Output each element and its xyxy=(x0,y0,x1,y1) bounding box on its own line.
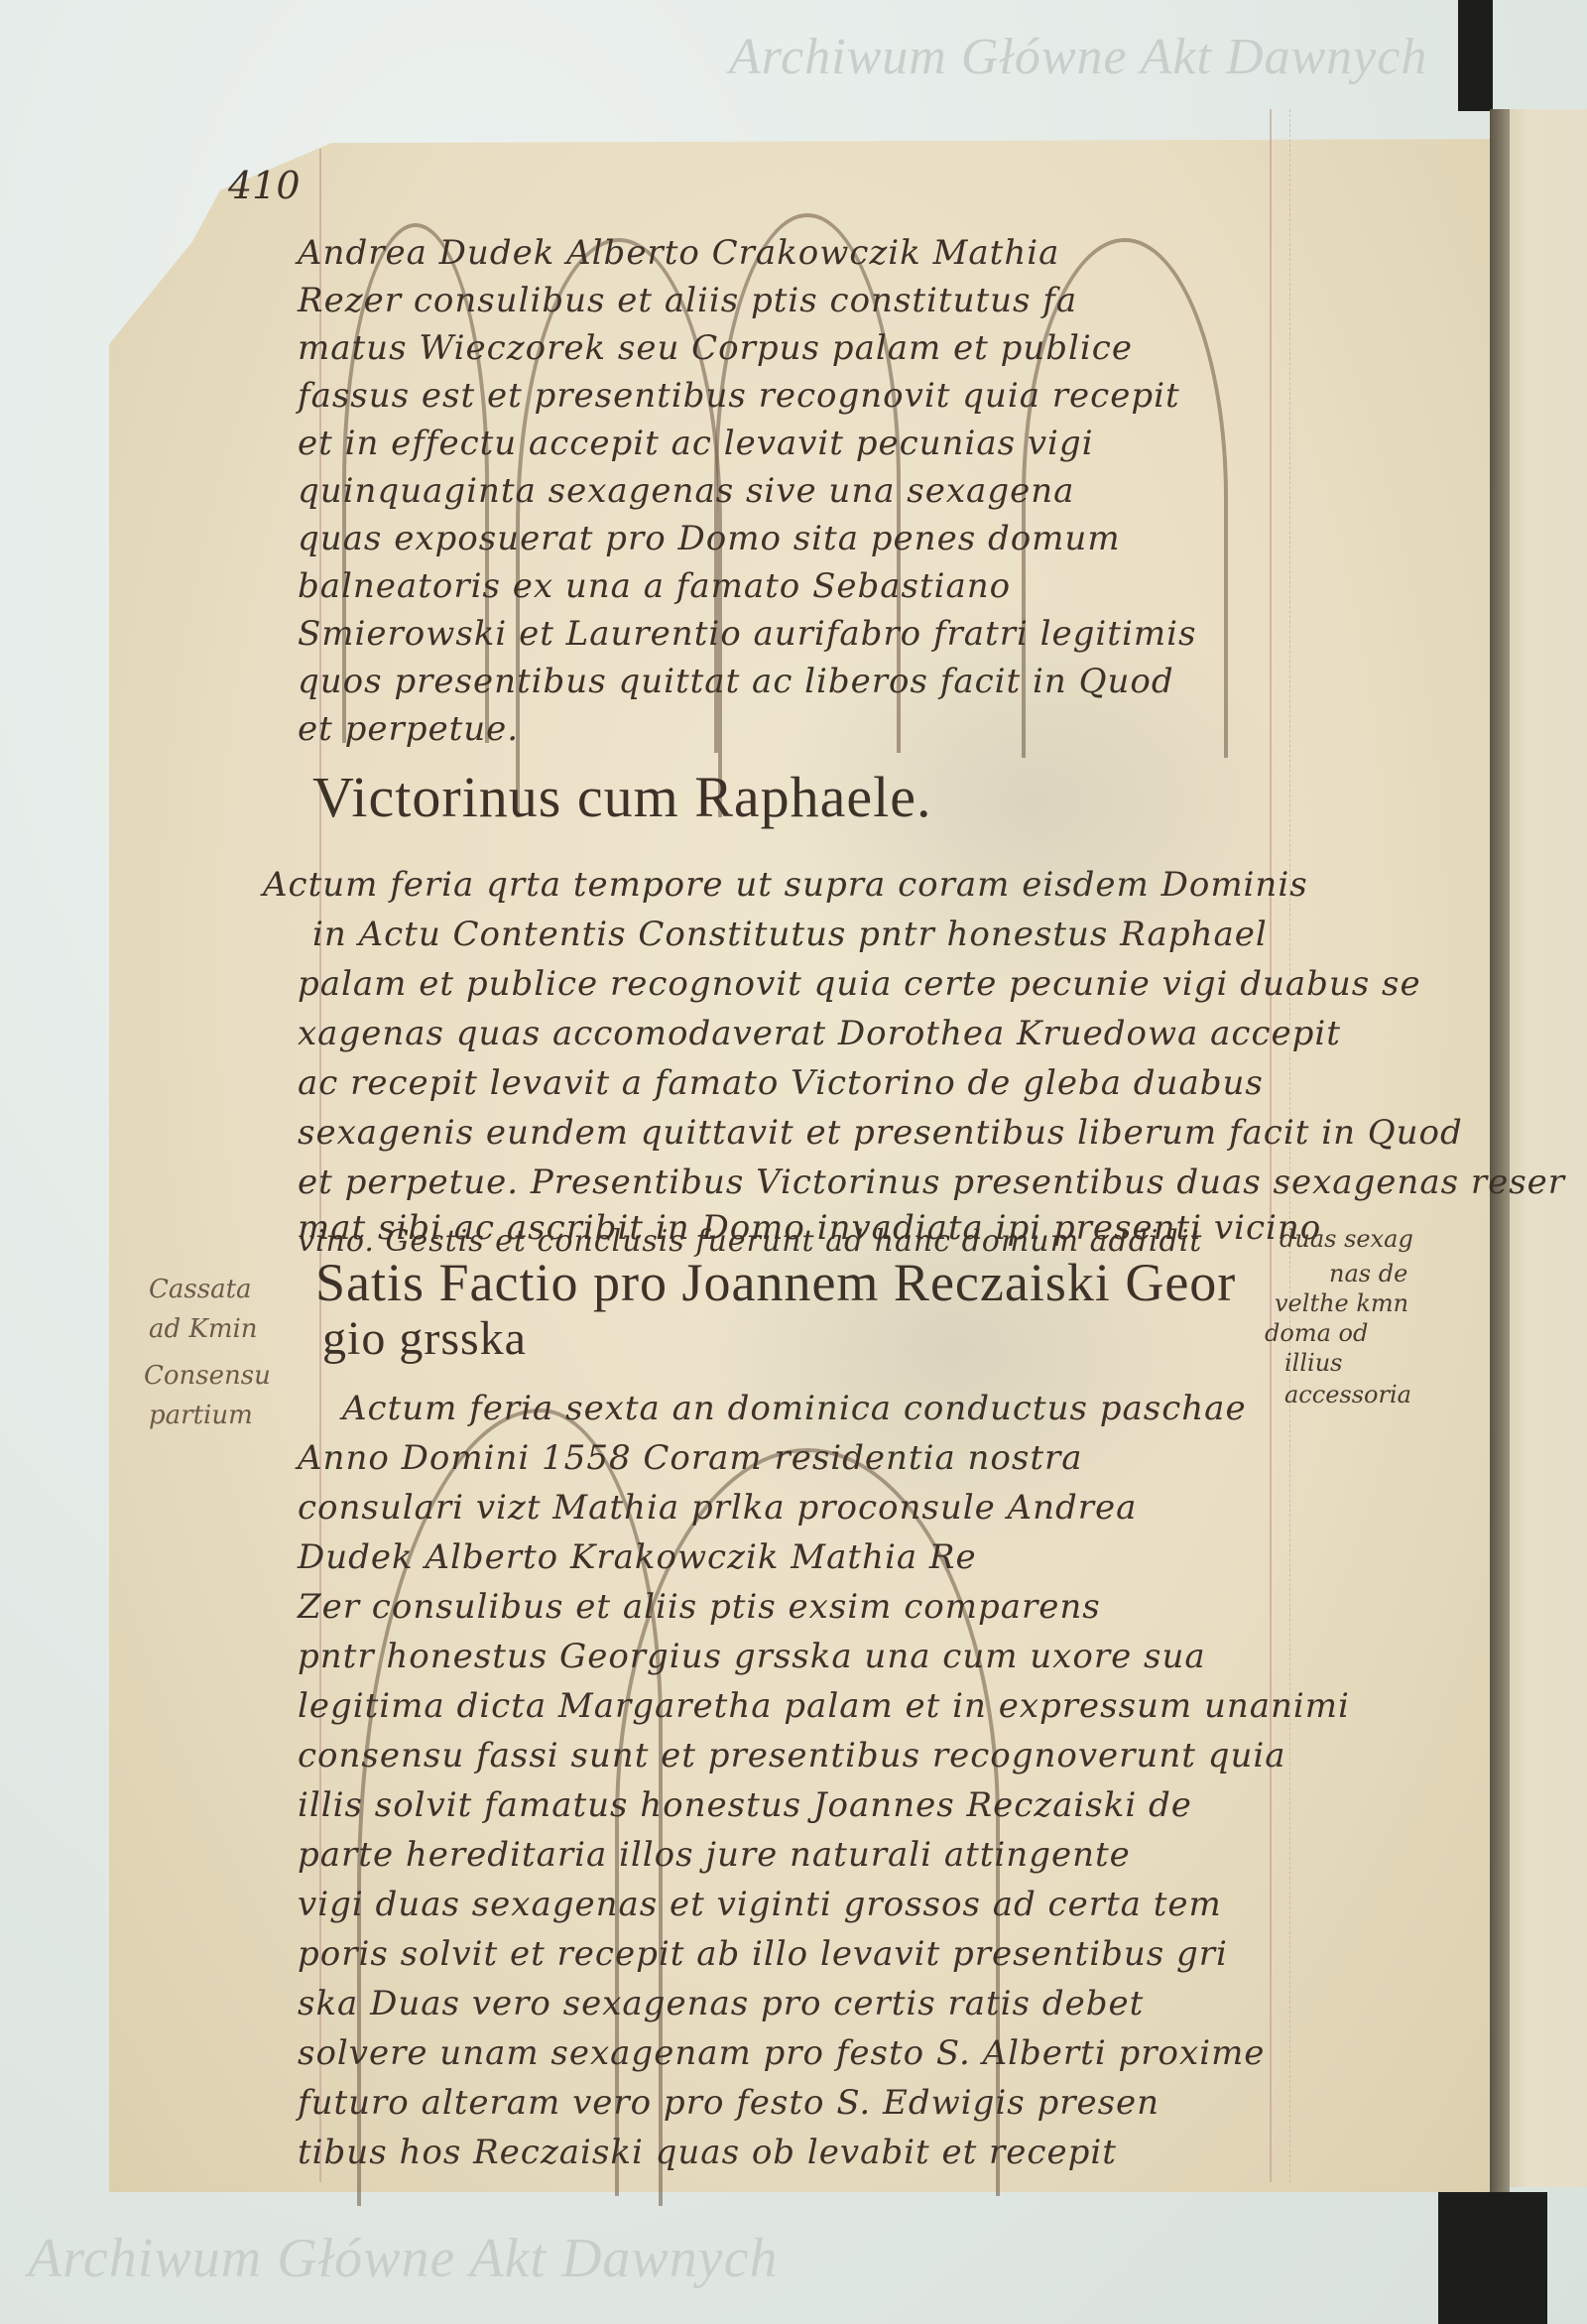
text-line: et in effectu accepit ac levavit pecunia… xyxy=(298,424,1094,463)
text-line: ac recepit levavit a famato Victorino de… xyxy=(298,1063,1264,1103)
text-line: quas exposuerat pro Domo sita penes domu… xyxy=(298,519,1121,558)
text-line: in Actu Contentis Constitutus pntr hones… xyxy=(312,915,1268,954)
margin-note-line: accessoria xyxy=(1284,1381,1411,1408)
text-line: futuro alteram vero pro festo S. Edwigis… xyxy=(298,2083,1160,2123)
text-line: Smierowski et Laurentio aurifabro fratri… xyxy=(298,614,1196,654)
binding-strap-top xyxy=(1458,0,1493,111)
text-line: matus Wieczorek seu Corpus palam et publ… xyxy=(298,328,1133,368)
text-line: sexagenis eundem quittavit et presentibu… xyxy=(298,1113,1463,1153)
text-line: Zer consulibus et aliis ptis exsim compa… xyxy=(298,1587,1101,1627)
text-line: et perpetue. xyxy=(298,709,519,749)
text-line: consensu fassi sunt et presentibus recog… xyxy=(298,1736,1286,1775)
margin-note-line: doma od xyxy=(1265,1319,1368,1347)
text-line: poris solvit et recepit ab illo levavit … xyxy=(298,1934,1228,1974)
text-line: xagenas quas accomodaverat Dorothea Krue… xyxy=(298,1014,1341,1053)
text-line: balneatoris ex una a famato Sebastiano xyxy=(298,566,1011,606)
binding-strap-bottom xyxy=(1438,2192,1547,2324)
text-line: quos presentibus quittat ac liberos faci… xyxy=(298,662,1174,701)
folio-number: 410 xyxy=(228,164,301,207)
archive-watermark-bottom: Archiwum Główne Akt Dawnych xyxy=(28,2227,778,2290)
text-line: vigi duas sexagenas et viginti grossos a… xyxy=(298,1885,1222,1924)
text-line: Dudek Alberto Krakowczik Mathia Re xyxy=(298,1537,977,1577)
text-line: Actum feria qrta tempore ut supra coram … xyxy=(263,865,1308,905)
entry-heading-continued: gio grsska xyxy=(322,1311,527,1366)
text-line: Actum feria sexta an dominica conductus … xyxy=(342,1389,1247,1428)
margin-note-line: partium xyxy=(149,1401,253,1430)
book-gutter xyxy=(1490,109,1510,2192)
text-line: parte hereditaria illos jure naturali at… xyxy=(298,1835,1131,1875)
text-line: fassus est et presentibus recognovit qui… xyxy=(298,376,1180,416)
text-line: quinquaginta sexagenas sive una sexagena xyxy=(298,471,1074,511)
entry-heading: Satis Factio pro Joannem Reczaiski Geor xyxy=(315,1252,1236,1313)
text-line: ska Duas vero sexagenas pro certis ratis… xyxy=(298,1984,1144,2023)
text-line: legitima dicta Margaretha palam et in ex… xyxy=(298,1686,1350,1726)
margin-note-line: ad Kmin xyxy=(149,1314,258,1344)
margin-note-line: illius xyxy=(1284,1349,1342,1377)
entry-heading: Victorinus cum Raphaele. xyxy=(312,764,932,830)
text-line: Anno Domini 1558 Coram residentia nostra xyxy=(298,1438,1083,1478)
archive-watermark-top: Archiwum Główne Akt Dawnych xyxy=(729,28,1427,86)
margin-note-line: nas de xyxy=(1329,1260,1407,1287)
text-line: pntr honestus Georgius grsska una cum ux… xyxy=(298,1637,1206,1676)
text-line: Andrea Dudek Alberto Crakowczik Mathia xyxy=(298,233,1059,273)
text-line: tibus hos Reczaiski quas ob levabit et r… xyxy=(298,2133,1117,2172)
text-line: et perpetue. Presentibus Victorinus pres… xyxy=(298,1162,1565,1202)
margin-note-line: Cassata xyxy=(149,1275,252,1304)
margin-note-line: duas sexag xyxy=(1280,1225,1413,1253)
text-line: Rezer consulibus et aliis ptis constitut… xyxy=(298,281,1077,320)
margin-note-line: velthe kmn xyxy=(1275,1289,1408,1317)
text-line: illis solvit famatus honestus Joannes Re… xyxy=(298,1785,1192,1825)
text-line: palam et publice recognovit quia certe p… xyxy=(298,964,1421,1004)
text-line: solvere unam sexagenam pro festo S. Albe… xyxy=(298,2033,1265,2073)
text-line: consulari vizt Mathia prlka proconsule A… xyxy=(298,1488,1137,1528)
margin-note-line: Consensu xyxy=(144,1361,271,1391)
